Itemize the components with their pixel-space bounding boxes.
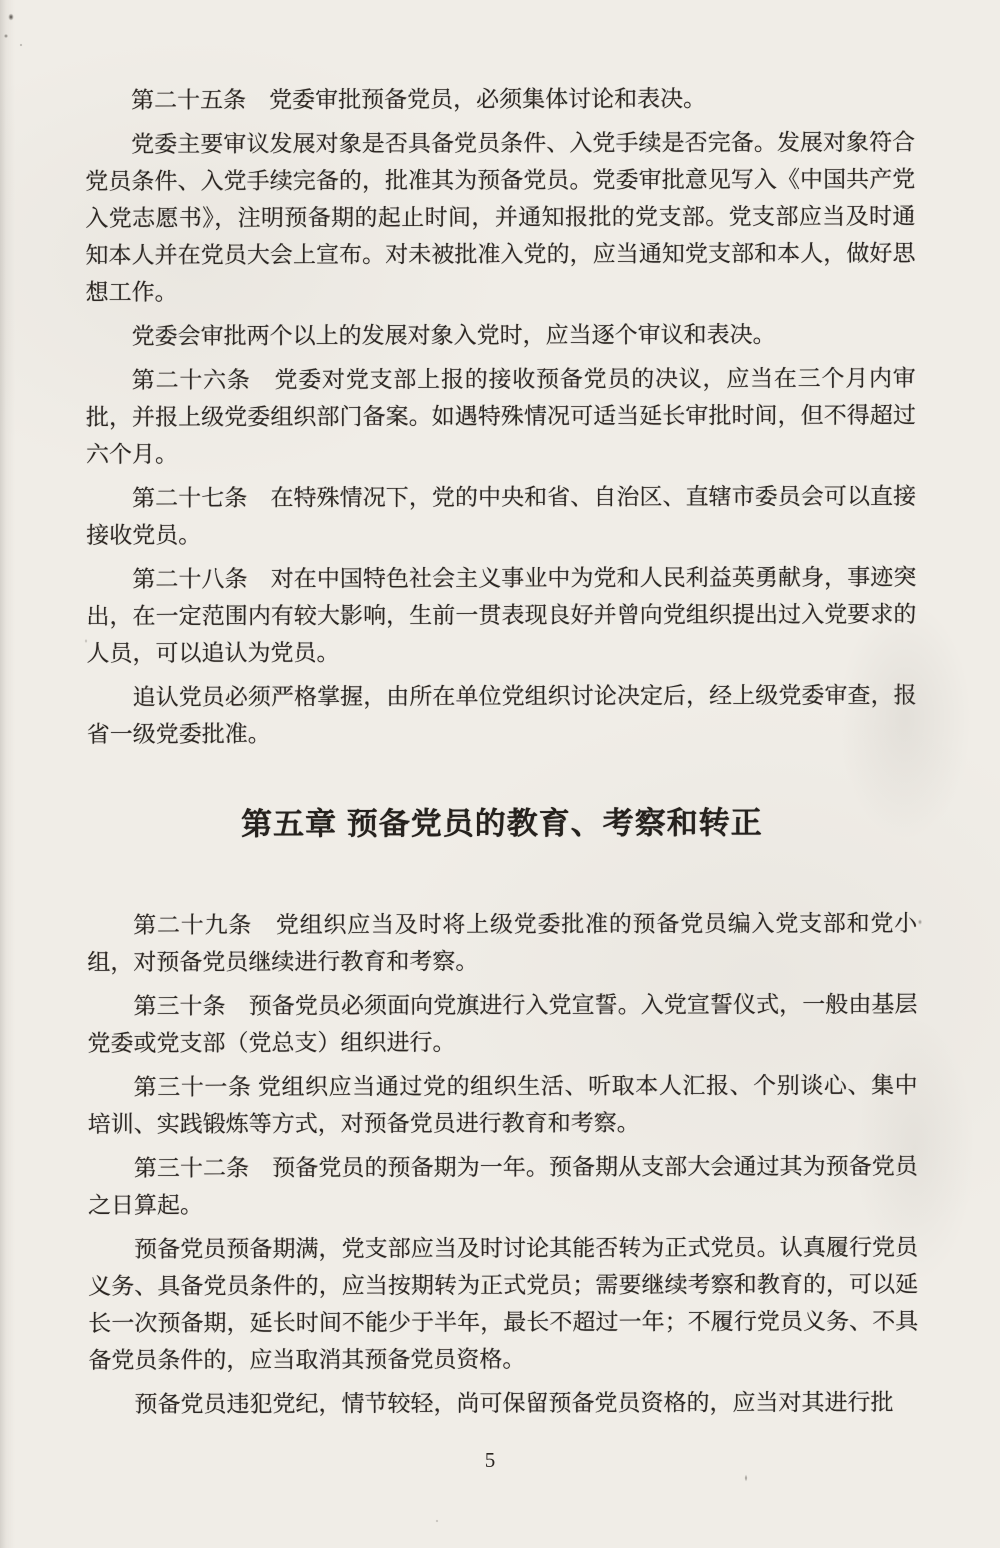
article-paragraph: 第三十条 预备党员必须面向党旗进行入党宣誓。入党宣誓仪式，一般由基层党委或党支部… [87, 986, 917, 1062]
paragraph-text: 党委审批预备党员，必须集体讨论和表决。 [246, 86, 706, 112]
article-paragraph: 第二十六条 党委对党支部上报的接收预备党员的决议，应当在三个月内审批，并报上级党… [86, 360, 916, 473]
article-paragraph: 第三十一条 党组织应当通过党的组织生活、听取本人汇报、个别谈心、集中培训、实践锻… [88, 1067, 918, 1143]
article-paragraph: 第二十九条 党组织应当及时将上级党委批准的预备党员编入党支部和党小组，对预备党员… [87, 905, 917, 981]
page-number: 5 [0, 1448, 980, 1472]
article-number: 第二十五条 [131, 88, 246, 113]
body-paragraph: 预备党员预备期满，党支部应当及时讨论其能否转为正式党员。认真履行党员义务、具备党… [88, 1229, 918, 1379]
body-paragraph: 党委主要审议发展对象是否具备党员条件、入党手续是否完备。发展对象符合党员条件、入… [85, 124, 915, 311]
body-paragraph: 追认党员必须严格掌握，由所在单位党组织讨论决定后，经上级党委审查，报省一级党委批… [87, 677, 917, 753]
article-paragraph: 第二十五条 党委审批预备党员，必须集体讨论和表决。 [85, 80, 915, 119]
paragraph-text: 预备党员预备期满，党支部应当及时讨论其能否转为正式党员。认真履行党员义务、具备党… [88, 1235, 918, 1373]
paragraph-text: 党委会审批两个以上的发展对象入党时，应当逐个审议和表决。 [132, 322, 776, 349]
article-paragraph: 第三十二条 预备党员的预备期为一年。预备期从支部大会通过其为预备党员之日算起。 [88, 1148, 918, 1224]
body-paragraph: 预备党员违犯党纪，情节较轻，尚可保留预备党员资格的，应当对其进行批 [88, 1384, 918, 1423]
article-number: 第二十八条 [132, 567, 247, 592]
chapter-heading: 第五章 预备党员的教育、考察和转正 [87, 801, 917, 847]
article-number: 第二十九条 [133, 913, 252, 938]
paragraph-text: 党委主要审议发展对象是否具备党员条件、入党手续是否完备。发展对象符合党员条件、入… [85, 130, 915, 305]
article-number: 第三十一条 [134, 1075, 252, 1100]
paragraph-text: 追认党员必须严格掌握，由所在单位党组织讨论决定后，经上级党委审查，报省一级党委批… [87, 683, 917, 747]
body-paragraph: 党委会审批两个以上的发展对象入党时，应当逐个审议和表决。 [86, 316, 916, 355]
article-paragraph: 第二十七条 在特殊情况下，党的中央和省、自治区、直辖市委员会可以直接接收党员。 [86, 478, 916, 554]
document-body: 第二十五条 党委审批预备党员，必须集体讨论和表决。 党委主要审议发展对象是否具备… [85, 80, 919, 1423]
article-paragraph: 第二十八条 对在中国特色社会主义事业中为党和人民利益英勇献身，事迹突出，在一定范… [86, 559, 916, 672]
paragraph-text: 预备党员违犯党纪，情节较轻，尚可保留预备党员资格的，应当对其进行批 [134, 1390, 893, 1417]
article-number: 第三十二条 [134, 1156, 249, 1181]
scanned-document-page: 第二十五条 党委审批预备党员，必须集体讨论和表决。 党委主要审议发展对象是否具备… [0, 0, 1000, 1548]
article-number: 第二十六条 [132, 368, 251, 393]
article-number: 第二十七条 [132, 486, 247, 511]
article-number: 第三十条 [133, 994, 225, 1019]
